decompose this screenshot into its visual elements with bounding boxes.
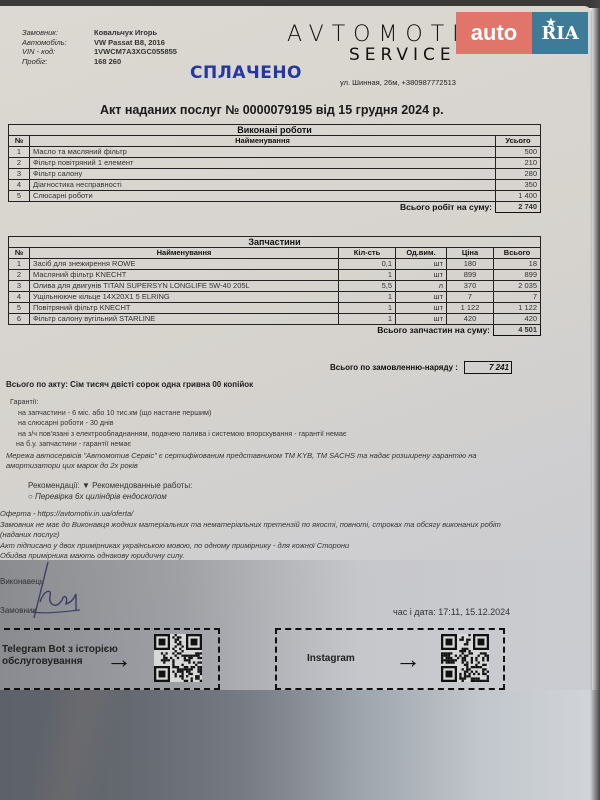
offer-link[interactable]: Оферта - https://avtomotiv.in.ua/oferta/ bbox=[0, 509, 530, 520]
autoria-watermark: auto ★RIA bbox=[456, 12, 588, 54]
table-row: 2 Фільтр повітряний 1 елемент 210 bbox=[9, 158, 541, 169]
recommendations-heading: ▼ Рекомендованные работы: bbox=[82, 481, 192, 490]
works-sum-value: 2 740 bbox=[496, 202, 541, 213]
col-name: Найменування bbox=[30, 248, 339, 259]
arrow-right-icon: → bbox=[106, 646, 132, 672]
col-total: Всього bbox=[494, 248, 541, 259]
col-qty: Кіл-сть bbox=[339, 248, 396, 259]
watermark-auto: auto bbox=[456, 12, 532, 54]
row-unit: л bbox=[396, 281, 447, 292]
row-total: 1 122 bbox=[494, 303, 541, 314]
row-name: Олива для двигунів TITAN SUPERSYN LONGLI… bbox=[30, 281, 339, 292]
row-name: Масляний фільтр KNECHT bbox=[30, 270, 339, 281]
handwritten-signature bbox=[26, 560, 86, 620]
row-no: 2 bbox=[9, 158, 30, 169]
guarantees-title: Гарантії: bbox=[10, 397, 347, 408]
field-label: Пробіг: bbox=[22, 57, 94, 67]
table-row: 2 Масляний фільтр KNECHT 1 шт 899 899 bbox=[9, 270, 541, 281]
row-no: 1 bbox=[9, 147, 30, 158]
customer-info: Замовник:Ковальчук Игорь Автомобіль:VW P… bbox=[22, 28, 177, 66]
row-qty: 1 bbox=[339, 270, 396, 281]
row-name: Слюсарні роботи bbox=[30, 191, 496, 202]
car-model: VW Passat B8, 2016 bbox=[94, 38, 165, 48]
row-qty: 0,1 bbox=[339, 259, 396, 270]
col-name: Найменування bbox=[30, 136, 496, 147]
row-name: Засіб для знежирення ROWE bbox=[30, 259, 339, 270]
customer-row: VIN - код:1VWCM7A3XGC055855 bbox=[22, 47, 177, 57]
works-table: Виконані роботи № Найменування Усього 1 … bbox=[8, 124, 541, 213]
guarantee-item: на з/ч пов'язані з електрообладнанням, п… bbox=[10, 429, 347, 440]
row-unit: шт bbox=[396, 259, 447, 270]
guarantee-item: на слюсарні роботи - 30 днів bbox=[10, 418, 347, 429]
company-address: ул. Шинная, 26м, +380987772513 bbox=[340, 78, 456, 87]
row-no: 3 bbox=[9, 169, 30, 180]
row-qty: 1 bbox=[339, 314, 396, 325]
customer-row: Пробіг:168 260 bbox=[22, 57, 177, 67]
table-row: 4 Ущільнююче кільце 14X20X1 5 ELRING 1 ш… bbox=[9, 292, 541, 303]
row-total: 2 035 bbox=[494, 281, 541, 292]
recommendations: Рекомендації: ▼ Рекомендованные работы: … bbox=[28, 481, 192, 502]
table-row: 3 Фільтр салону 280 bbox=[9, 169, 541, 180]
instagram-qr-block[interactable]: Instagram → bbox=[275, 628, 505, 690]
grand-total: Всього по замовленню-наряду : 7 241 bbox=[330, 361, 512, 374]
row-no: 5 bbox=[9, 303, 30, 314]
arrow-right-icon: → bbox=[395, 646, 421, 672]
works-sum-label: Всього робіт на суму: bbox=[9, 202, 496, 213]
row-name: Діагностика несправності bbox=[30, 180, 496, 191]
mileage: 168 260 bbox=[94, 57, 121, 67]
legal-claim: Замовник не має до Виконавця жодних мате… bbox=[0, 520, 530, 541]
row-no: 5 bbox=[9, 191, 30, 202]
legal-copies: Акт підписано у двох примірниках українс… bbox=[0, 541, 530, 552]
watermark-ria: ★RIA bbox=[532, 12, 588, 54]
row-unit: шт bbox=[396, 270, 447, 281]
row-no: 2 bbox=[9, 270, 30, 281]
table-row: 1 Масло та масляний фільтр 500 bbox=[9, 147, 541, 158]
row-price: 180 bbox=[447, 259, 494, 270]
row-no: 4 bbox=[9, 292, 30, 303]
row-no: 4 bbox=[9, 180, 30, 191]
row-name: Ущільнююче кільце 14X20X1 5 ELRING bbox=[30, 292, 339, 303]
row-price: 370 bbox=[447, 281, 494, 292]
customer-row: Замовник:Ковальчук Игорь bbox=[22, 28, 177, 38]
field-label: VIN - код: bbox=[22, 47, 94, 57]
parts-sum-label: Всього запчастин на суму: bbox=[9, 325, 494, 336]
telegram-label: Telegram Bot з історієюобслуговування bbox=[2, 644, 118, 668]
row-name: Масло та масляний фільтр bbox=[30, 147, 496, 158]
guarantee-item: на б.у. запчастини - гарантії немає bbox=[10, 439, 347, 450]
parts-table: Запчастини № Найменування Кіл-сть Од.вим… bbox=[8, 236, 541, 336]
telegram-qr-block[interactable]: Telegram Bot з історієюобслуговування → bbox=[0, 628, 220, 690]
table-row: 6 Фільтр салону вугільний STARLINE 1 шт … bbox=[9, 314, 541, 325]
total-in-words: Всього по акту: Сім тисяч двісті сорок о… bbox=[6, 380, 253, 389]
row-price: 7 bbox=[447, 292, 494, 303]
customer-row: Автомобіль:VW Passat B8, 2016 bbox=[22, 38, 177, 48]
star-icon: ★ bbox=[546, 16, 556, 29]
date-time: час і дата: 17:11, 15.12.2024 bbox=[393, 607, 510, 617]
legal-terms: Оферта - https://avtomotiv.in.ua/oferta/… bbox=[0, 509, 530, 562]
row-no: 6 bbox=[9, 314, 30, 325]
row-qty: 1 bbox=[339, 292, 396, 303]
row-name: Повітряний фільтр KNECHT bbox=[30, 303, 339, 314]
row-name: Фільтр салону bbox=[30, 169, 496, 180]
field-label: Автомобіль: bbox=[22, 38, 94, 48]
row-total: 280 bbox=[496, 169, 541, 180]
table-row: 1 Засіб для знежирення ROWE 0,1 шт 180 1… bbox=[9, 259, 541, 270]
parts-section-title: Запчастини bbox=[9, 237, 541, 248]
col-unit: Од.вим. bbox=[396, 248, 447, 259]
row-price: 420 bbox=[447, 314, 494, 325]
col-price: Ціна bbox=[447, 248, 494, 259]
works-section-title: Виконані роботи bbox=[9, 125, 541, 136]
row-qty: 1 bbox=[339, 303, 396, 314]
recommendations-label: Рекомендації: bbox=[28, 481, 80, 490]
table-row: 5 Слюсарні роботи 1 400 bbox=[9, 191, 541, 202]
row-no: 3 bbox=[9, 281, 30, 292]
col-no: № bbox=[9, 136, 30, 147]
row-total: 1 400 bbox=[496, 191, 541, 202]
row-no: 1 bbox=[9, 259, 30, 270]
row-total: 420 bbox=[494, 314, 541, 325]
row-unit: шт bbox=[396, 314, 447, 325]
row-unit: шт bbox=[396, 303, 447, 314]
row-total: 350 bbox=[496, 180, 541, 191]
grand-total-value: 7 241 bbox=[464, 361, 512, 374]
network-note: Мережа автосервісів "Автомотив Сервіс" є… bbox=[6, 451, 506, 471]
table-row: 3 Олива для двигунів TITAN SUPERSYN LONG… bbox=[9, 281, 541, 292]
paper-edge bbox=[590, 0, 600, 800]
row-qty: 5,5 bbox=[339, 281, 396, 292]
row-name: Фільтр салону вугільний STARLINE bbox=[30, 314, 339, 325]
row-price: 1 122 bbox=[447, 303, 494, 314]
guarantee-item: на запчастини - 6 міс. або 10 тис.км (що… bbox=[10, 408, 347, 419]
row-total: 899 bbox=[494, 270, 541, 281]
qr-code-icon[interactable] bbox=[154, 634, 202, 682]
table-row: 4 Діагностика несправності 350 bbox=[9, 180, 541, 191]
table-row: 5 Повітряний фільтр KNECHT 1 шт 1 122 1 … bbox=[9, 303, 541, 314]
instagram-label: Instagram bbox=[307, 653, 355, 665]
parts-sum-value: 4 501 bbox=[494, 325, 541, 336]
col-total: Усього bbox=[496, 136, 541, 147]
row-unit: шт bbox=[396, 292, 447, 303]
row-total: 7 bbox=[494, 292, 541, 303]
qr-code-icon[interactable] bbox=[441, 634, 489, 682]
row-price: 899 bbox=[447, 270, 494, 281]
col-no: № bbox=[9, 248, 30, 259]
grand-total-label: Всього по замовленню-наряду : bbox=[330, 363, 458, 372]
recommendation-item: ○ Перевірка 6х циліндрів ендоскопом bbox=[28, 492, 192, 503]
paid-stamp: СПЛАЧЕНО bbox=[190, 63, 302, 83]
row-name: Фільтр повітряний 1 елемент bbox=[30, 158, 496, 169]
row-total: 18 bbox=[494, 259, 541, 270]
vin-code: 1VWCM7A3XGC055855 bbox=[94, 47, 177, 57]
field-label: Замовник: bbox=[22, 28, 94, 38]
customer-name: Ковальчук Игорь bbox=[94, 28, 157, 38]
row-total: 500 bbox=[496, 147, 541, 158]
act-title: Акт наданих послуг № 0000079195 від 15 г… bbox=[100, 103, 444, 117]
row-total: 210 bbox=[496, 158, 541, 169]
guarantees: Гарантії: на запчастини - 6 міс. або 10 … bbox=[10, 397, 347, 450]
